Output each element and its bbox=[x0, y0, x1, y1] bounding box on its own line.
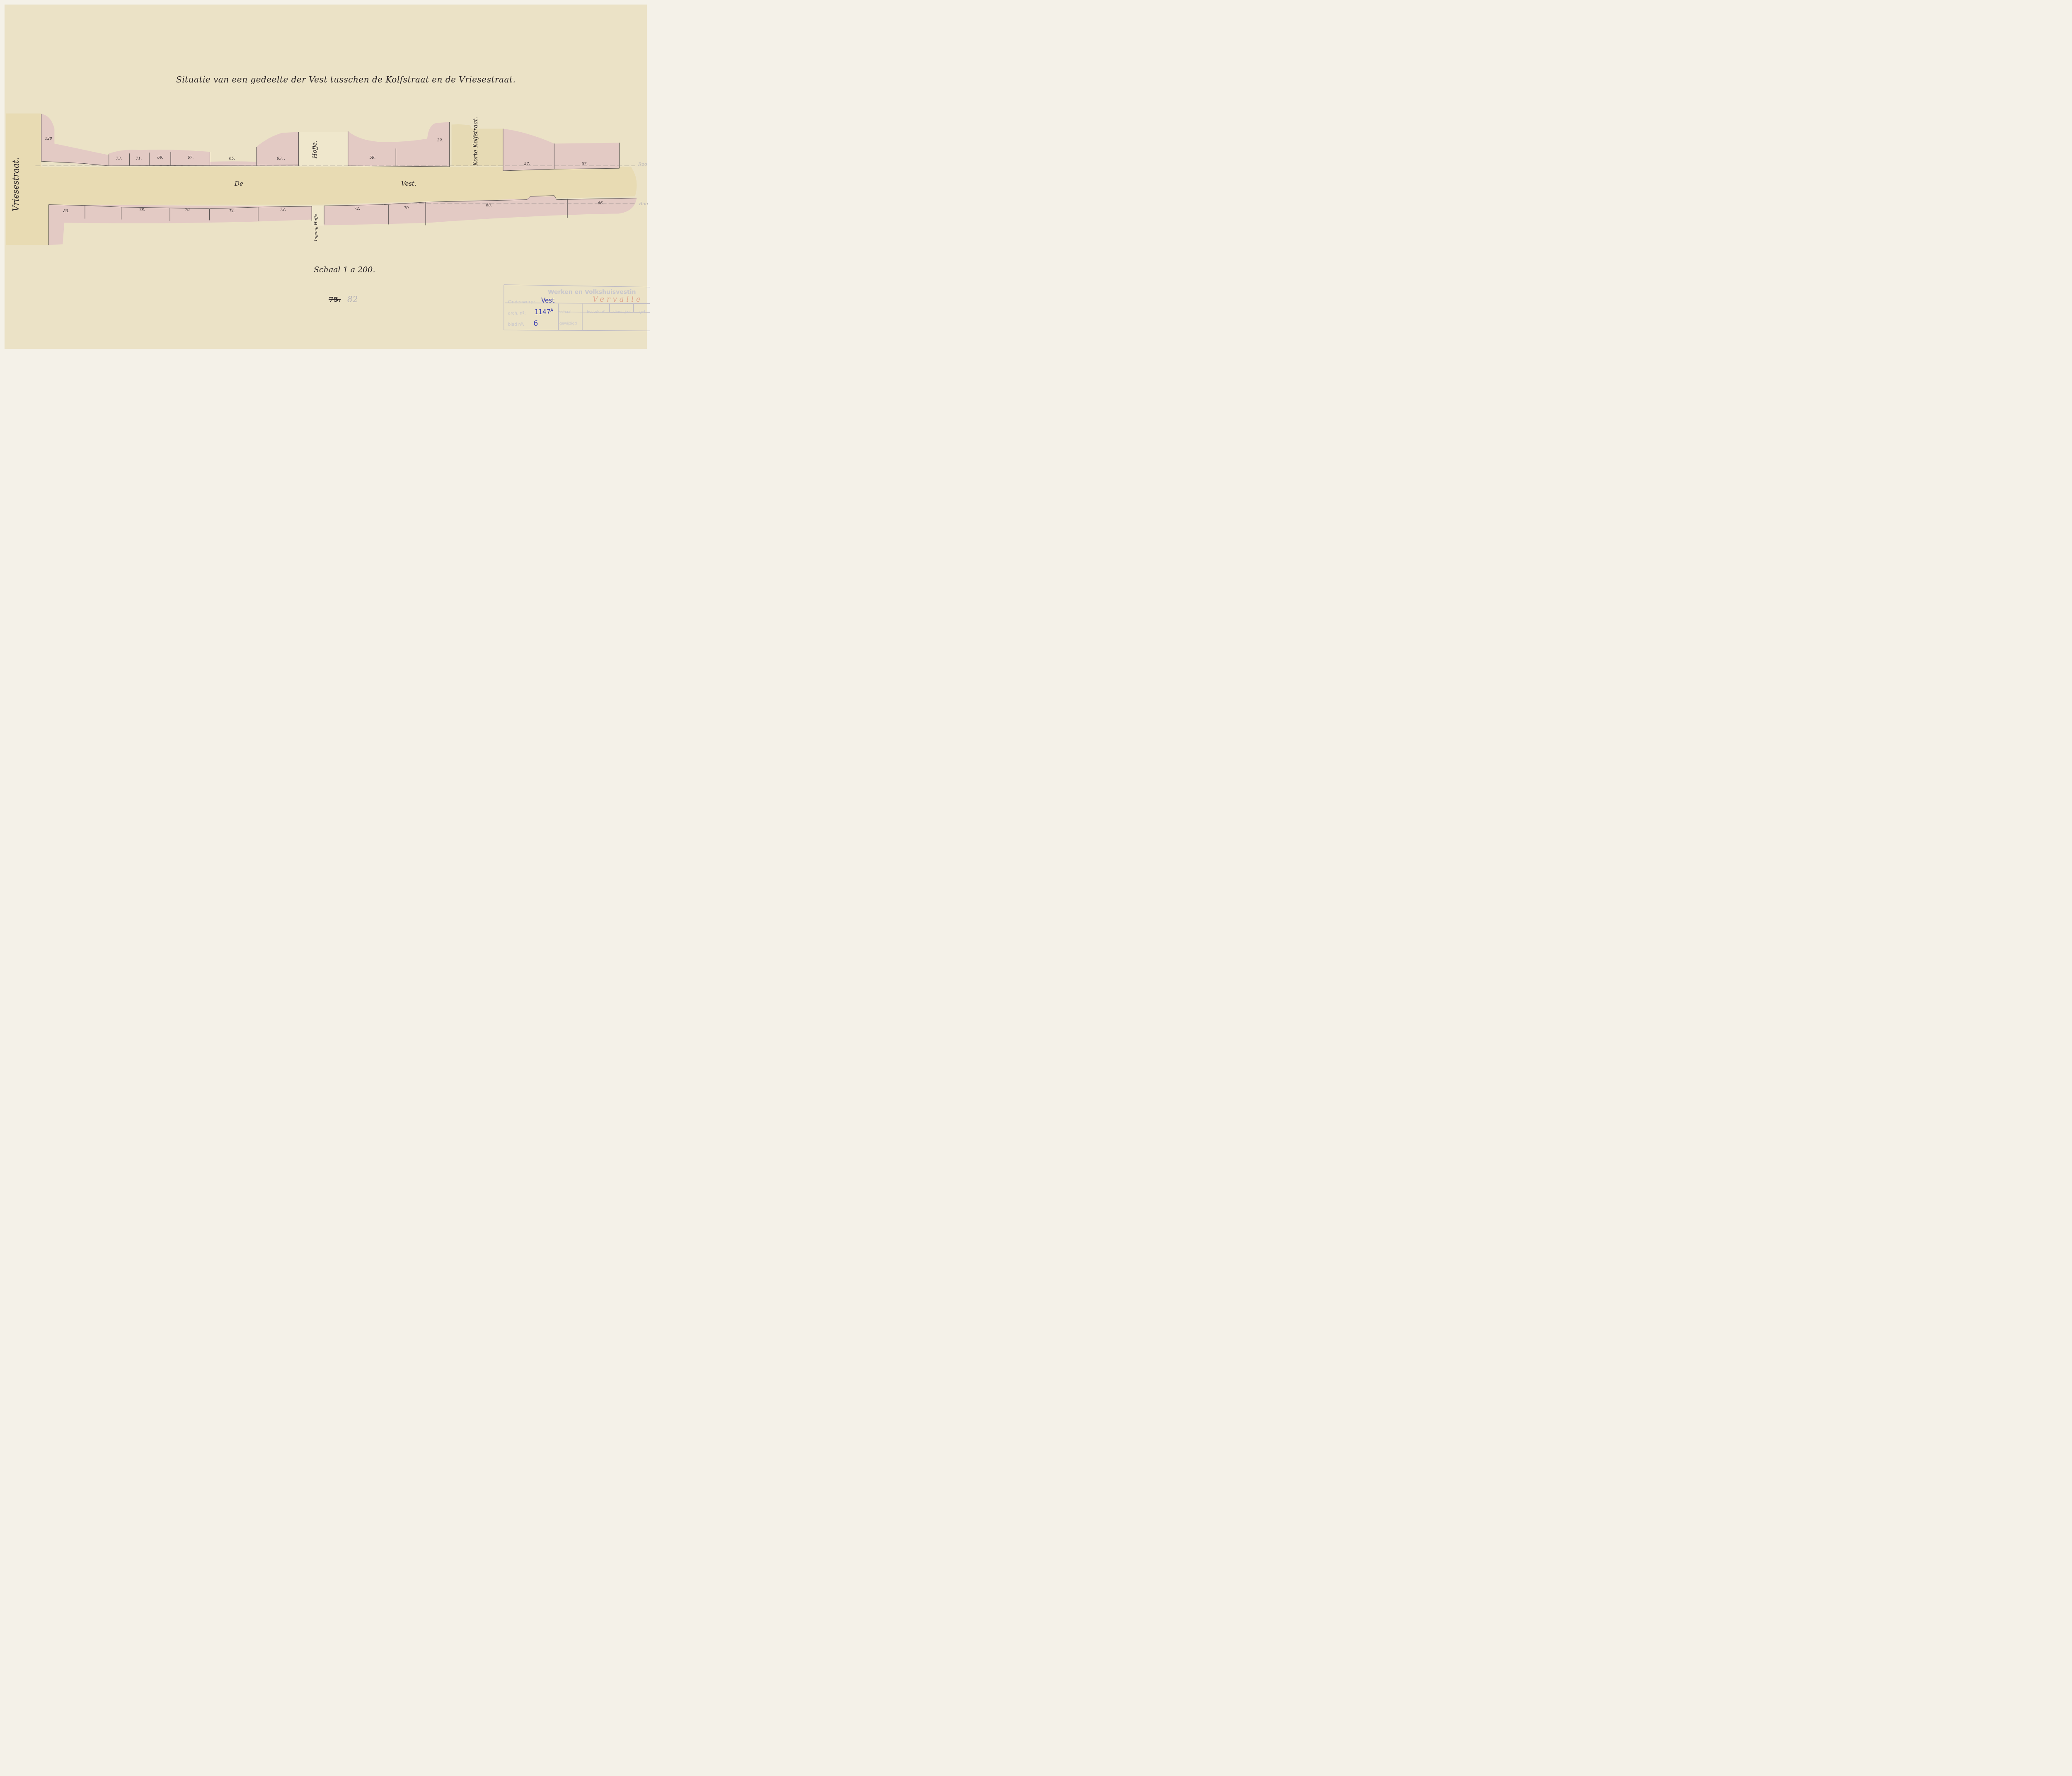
parcel-number: 80. bbox=[63, 209, 69, 213]
parcel-number: 71. bbox=[136, 157, 142, 161]
parcel-number: 57. bbox=[582, 162, 588, 166]
parcel-number: 70. bbox=[404, 206, 410, 211]
parcel-number: 29. bbox=[437, 138, 443, 143]
stamp-col-get: get bbox=[639, 310, 646, 314]
alley-label-hofje: Hofje. bbox=[312, 141, 318, 158]
parcel-number: 59. bbox=[370, 156, 375, 160]
parcel-number: 67. bbox=[188, 156, 194, 160]
parcel-number: 65. bbox=[229, 157, 235, 161]
stamp-col-year: dienstjaar bbox=[613, 310, 632, 314]
parcel-number: 72. bbox=[280, 208, 286, 212]
edge-label-rooilijn-top: Roo bbox=[638, 162, 647, 167]
alley-label-ingang-hofje: Ingang Hofje bbox=[314, 214, 318, 241]
street-label-de: De bbox=[235, 180, 243, 187]
stamp-subject-label: Onderwerp: bbox=[508, 299, 535, 305]
map-title: Situatie van een gedeelte der Vest tussc… bbox=[176, 75, 516, 85]
stamp-archive-value: 1147A bbox=[535, 308, 553, 316]
stamp-sheet-value: 6 bbox=[533, 319, 538, 328]
archive-suffix: A bbox=[550, 308, 553, 313]
stamp-subject-value: Vest bbox=[541, 297, 554, 304]
parcel-number: 57. bbox=[524, 162, 530, 166]
parcel-number: 72. bbox=[354, 207, 360, 211]
stamp-header: Werken en Volkshuisvestin bbox=[548, 289, 636, 296]
street-label-vriesestraat: Vriesestraat. bbox=[11, 157, 21, 211]
parcel-number: 63. . bbox=[277, 157, 285, 161]
archive-number: 1147 bbox=[535, 308, 550, 316]
parcel-number: 78. bbox=[139, 208, 145, 212]
hofje-area bbox=[298, 132, 348, 166]
scale-label: Schaal 1 a 200. bbox=[314, 265, 375, 274]
parcel-number: 74. bbox=[229, 209, 235, 213]
parcel-number: 68. bbox=[486, 204, 492, 208]
stamp-col-bestek: bestek nº bbox=[587, 310, 605, 314]
stamp-sheet-label: blad nº: bbox=[508, 322, 524, 327]
sheet-number-struck: 75. bbox=[329, 296, 341, 304]
parcel-number: 66. bbox=[598, 201, 604, 206]
sheet-number-pencil: 82 bbox=[347, 294, 358, 304]
parcel-number: 76 bbox=[185, 208, 189, 212]
stamp-archive-label: arch. nº: bbox=[508, 311, 526, 316]
street-label-korte-kolfstraat: Korte Kolfstraat. bbox=[472, 117, 479, 166]
street-label-vest: Vest. bbox=[401, 180, 416, 187]
stamp-col-scale: schaal: bbox=[559, 310, 573, 314]
parcel-number: 69. bbox=[157, 156, 163, 160]
map-sheet: Situatie van een gedeelte der Vest tussc… bbox=[0, 0, 650, 354]
edge-label-rooilijn-bottom: Roo bbox=[639, 201, 648, 206]
parcel-number: 73. bbox=[116, 157, 122, 161]
parcel-number: 128 bbox=[45, 137, 52, 141]
stamp-row-changed: gewijzigd bbox=[559, 322, 577, 326]
stamp-pencil-note: Vervalle bbox=[593, 295, 643, 304]
